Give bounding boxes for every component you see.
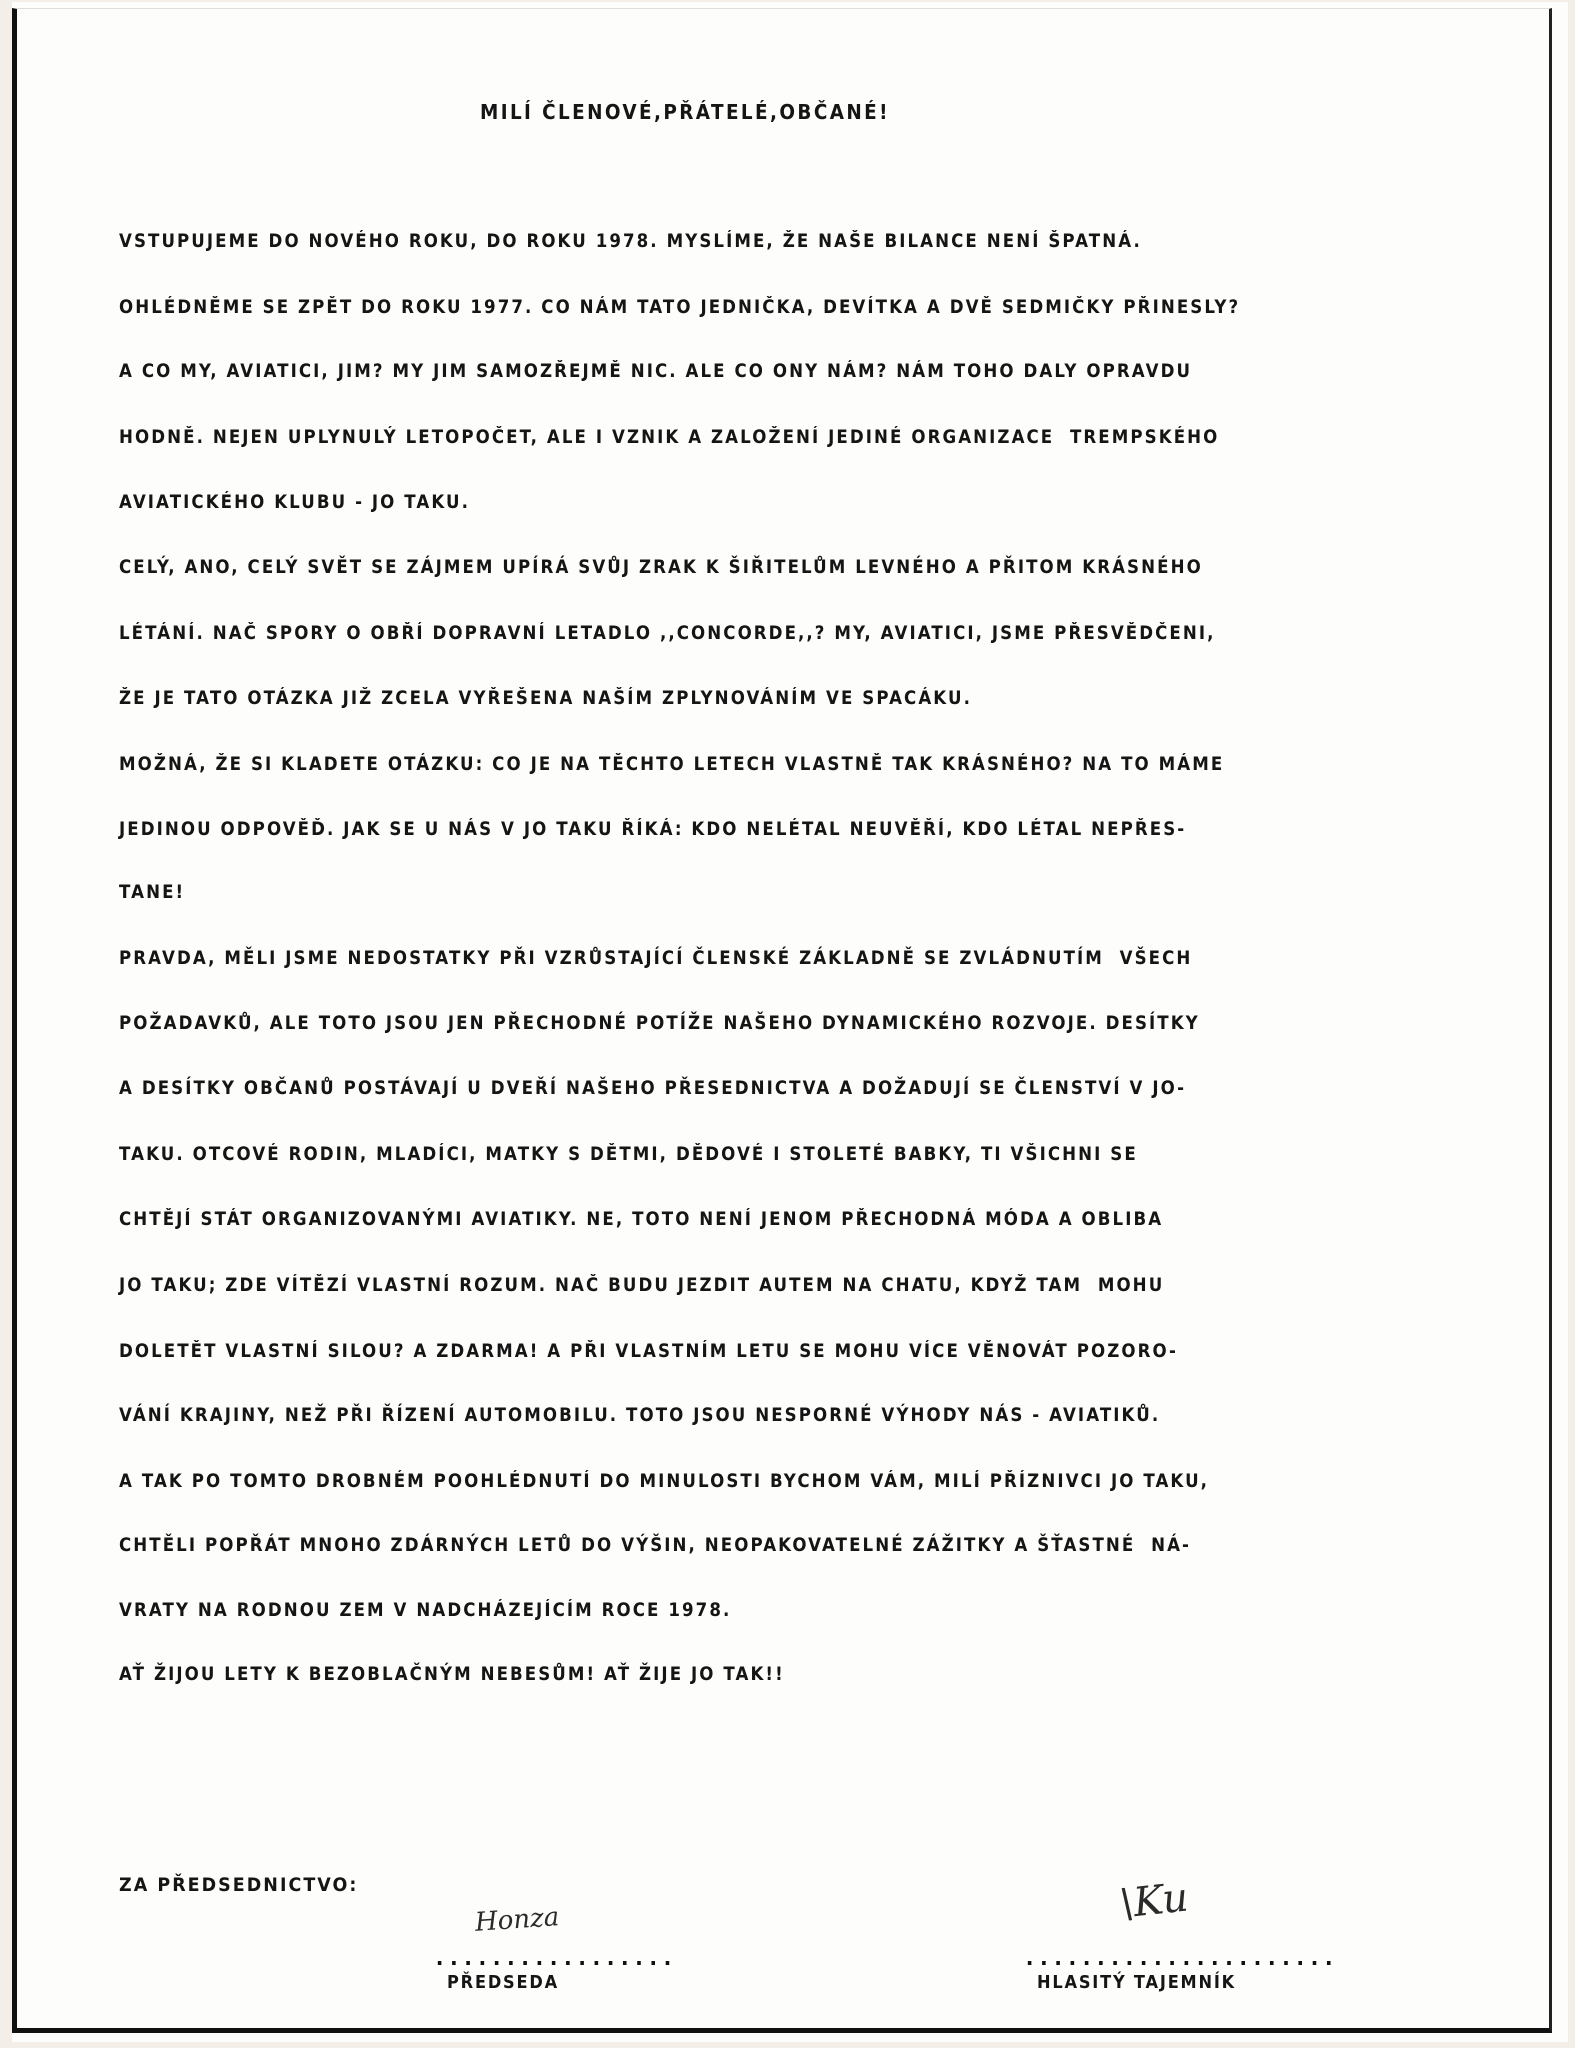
text-line: OHLÉDNĚME SE ZPĚT DO ROKU 1977. CO NÁM T… — [119, 297, 1240, 318]
text-line: VSTUPUJEME DO NOVÉHO ROKU, DO ROKU 1978.… — [119, 231, 1142, 252]
closing-line: ZA PŘEDSEDNICTVO: — [119, 1874, 358, 1896]
text-line: TANE! — [119, 882, 185, 903]
secretary-signature-block: ...................... HLASITÝ TAJEMNÍK — [1023, 1948, 1336, 1993]
greeting-heading: MILÍ ČLENOVÉ,PŘÁTELÉ,OBČANÉ! — [480, 100, 890, 124]
signature-line: ................. — [433, 1948, 675, 1970]
text-line: JEDINOU ODPOVĚĎ. JAK SE U NÁS V JO TAKU … — [119, 819, 1186, 840]
text-line: A DESÍTKY OBČANŮ POSTÁVAJÍ U DVEŘÍ NAŠEH… — [119, 1078, 1186, 1099]
secretary-signature: \Ku — [1118, 1875, 1191, 1928]
text-line: MOŽNÁ, ŽE SI KLADETE OTÁZKU: CO JE NA TĚ… — [119, 754, 1224, 775]
text-line: A CO MY, AVIATICI, JIM? MY JIM SAMOZŘEJM… — [119, 361, 1192, 382]
text-line: DOLETĚT VLASTNÍ SILOU? A ZDARMA! A PŘI V… — [119, 1341, 1178, 1362]
text-line: HODNĚ. NEJEN UPLYNULÝ LETOPOČET, ALE I V… — [119, 427, 1219, 448]
text-line: LÉTÁNÍ. NAČ SPORY O OBŘÍ DOPRAVNÍ LETADL… — [119, 623, 1216, 644]
text-line: VRATY NA RODNOU ZEM V NADCHÁZEJÍCÍM ROCE… — [119, 1600, 731, 1621]
text-line: AŤ ŽIJOU LETY K BEZOBLAČNÝM NEBESŮM! AŤ … — [119, 1664, 785, 1685]
text-line: JO TAKU; ZDE VÍTĚZÍ VLASTNÍ ROZUM. NAČ B… — [119, 1275, 1164, 1296]
text-line: A TAK PO TOMTO DROBNÉM POOHLÉDNUTÍ DO MI… — [119, 1471, 1209, 1492]
text-line: PRAVDA, MĚLI JSME NEDOSTATKY PŘI VZRŮSTA… — [119, 948, 1192, 969]
text-line: CELÝ, ANO, CELÝ SVĚT SE ZÁJMEM UPÍRÁ SVŮ… — [119, 557, 1203, 578]
text-line: CHTĚLI POPŘÁT MNOHO ZDÁRNÝCH LETŮ DO VÝŠ… — [119, 1535, 1191, 1556]
president-signature: Honza — [474, 1902, 560, 1938]
signature-line: ...................... — [1023, 1948, 1336, 1970]
president-title: PŘEDSEDA — [447, 1972, 652, 1993]
secretary-title: HLASITÝ TAJEMNÍK — [1037, 1972, 1306, 1993]
text-line: CHTĚJÍ STÁT ORGANIZOVANÝMI AVIATIKY. NE,… — [119, 1209, 1163, 1230]
text-line: TAKU. OTCOVÉ RODIN, MLADÍCI, MATKY S DĚT… — [119, 1144, 1138, 1165]
text-line: VÁNÍ KRAJINY, NEŽ PŘI ŘÍZENÍ AUTOMOBILU.… — [119, 1405, 1160, 1426]
text-line: POŽADAVKŮ, ALE TOTO JSOU JEN PŘECHODNÉ P… — [119, 1013, 1200, 1034]
text-line: AVIATICKÉHO KLUBU - JO TAKU. — [119, 492, 470, 513]
president-signature-block: ................. PŘEDSEDA — [433, 1948, 675, 1993]
text-line: ŽE JE TATO OTÁZKA JIŽ ZCELA VYŘEŠENA NAŠ… — [119, 688, 972, 709]
